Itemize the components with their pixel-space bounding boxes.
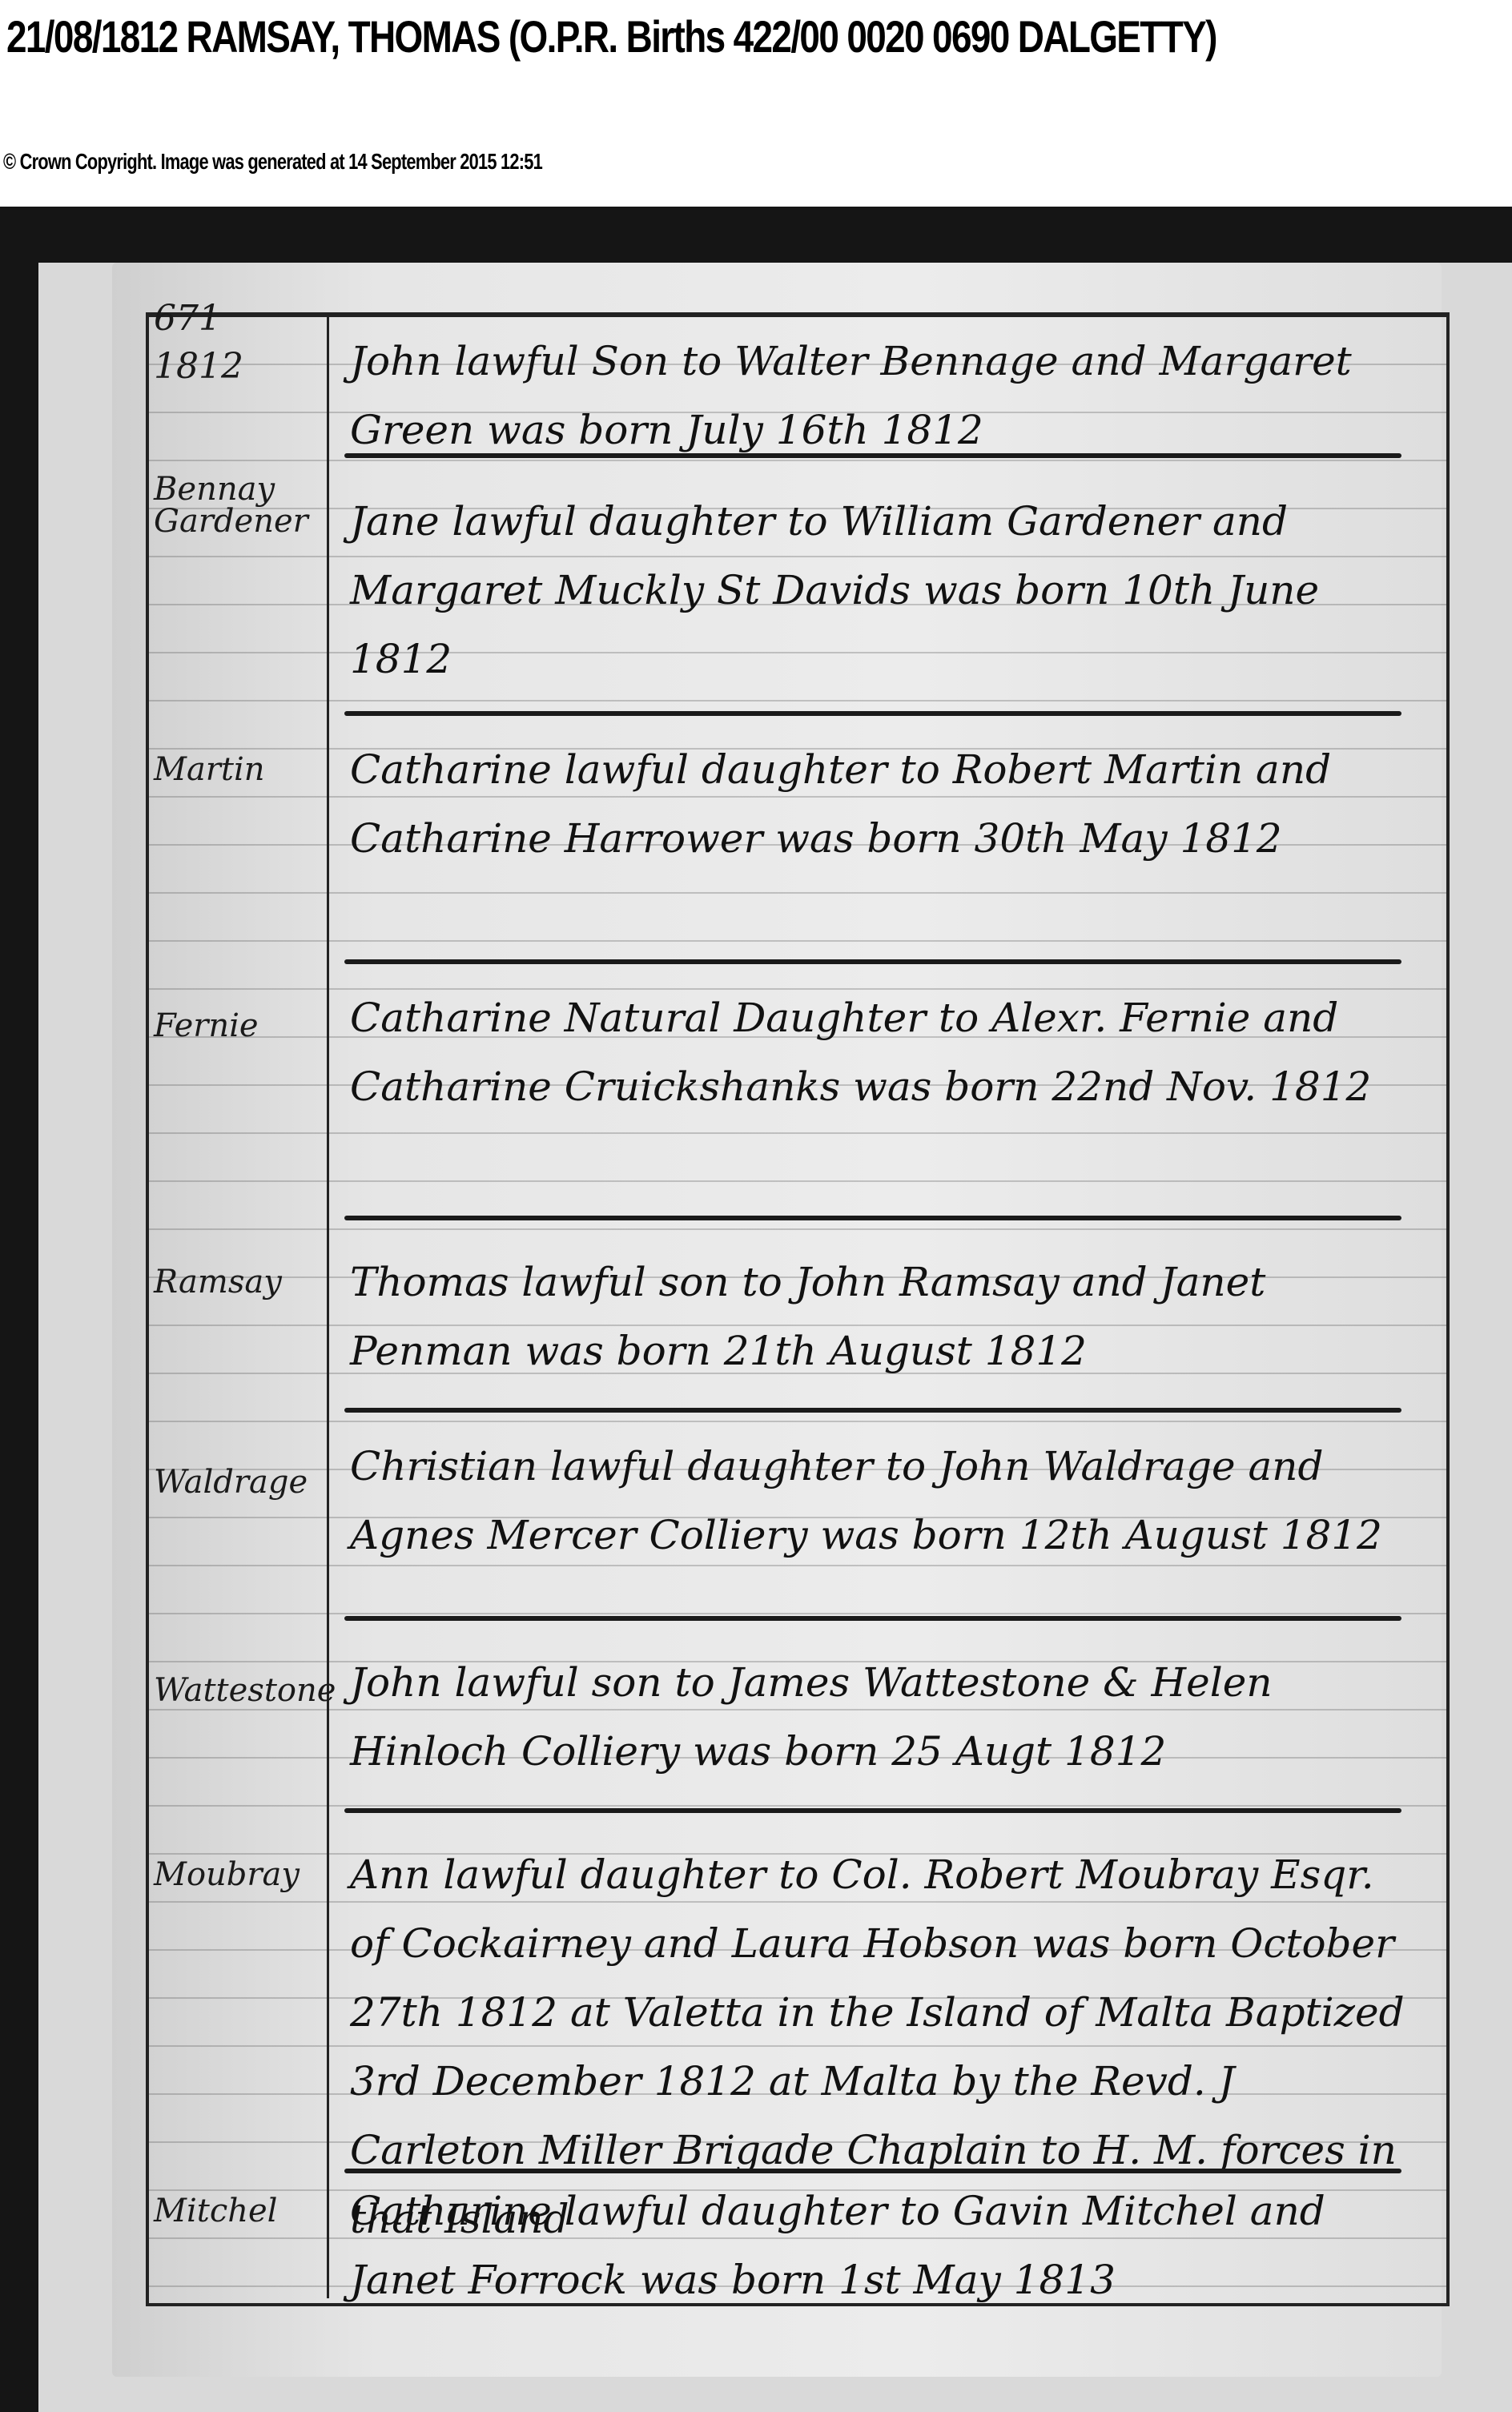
- entry-surname: Gardener: [154, 503, 322, 540]
- register-year: 1812: [154, 343, 314, 391]
- entry-text: John lawful son to James Wattestone & He…: [350, 1648, 1407, 1786]
- entry-divider: [344, 2169, 1401, 2173]
- entry-surname: Ramsay: [154, 1264, 322, 1300]
- entry-divider: [344, 453, 1401, 458]
- entry-surname: Fernie: [154, 1007, 322, 1044]
- entry-surname: Waldrage: [154, 1464, 322, 1501]
- entry-divider: [344, 711, 1401, 716]
- entry-divider: [344, 1216, 1401, 1220]
- scan-dark-border-top: [0, 207, 1512, 263]
- entry-surname: Martin: [154, 751, 322, 788]
- entry-surname: Mitchel: [154, 2193, 322, 2229]
- entry-text: Catharine lawful daughter to Robert Mart…: [350, 735, 1407, 873]
- entry-text: Catharine Natural Daughter to Alexr. Fer…: [350, 983, 1407, 1121]
- entry-surname: Wattestone: [154, 1672, 322, 1709]
- record-header: 21/08/1812 RAMSAY, THOMAS (O.P.R. Births…: [6, 6, 1368, 67]
- entry-text: Thomas lawful son to John Ramsay and Jan…: [350, 1248, 1407, 1385]
- entry-text: John lawful Son to Walter Bennage and Ma…: [350, 327, 1407, 464]
- entry-divider: [344, 1616, 1401, 1621]
- entry-text: Jane lawful daughter to William Gardener…: [350, 487, 1407, 693]
- register-scan-image: 671 1812 Bennay John lawful Son to Walte…: [0, 207, 1512, 2412]
- entry-text: Christian lawful daughter to John Waldra…: [350, 1432, 1407, 1570]
- copyright-notice: © Crown Copyright. Image was generated a…: [3, 149, 542, 175]
- entry-divider: [344, 1808, 1401, 1813]
- register-page: 671 1812 Bennay John lawful Son to Walte…: [112, 263, 1442, 2377]
- entry-surname: Moubray: [154, 1856, 322, 1893]
- entry-divider: [344, 959, 1401, 964]
- entry-text: Catharine lawful daughter to Gavin Mitch…: [350, 2177, 1407, 2314]
- scan-dark-border-left: [0, 207, 38, 2412]
- folio-number: 671: [154, 295, 314, 343]
- page-margin-number: 671 1812: [154, 295, 314, 391]
- entry-divider: [344, 1408, 1401, 1413]
- record-title: 21/08/1812 RAMSAY, THOMAS (O.P.R. Births…: [6, 6, 1320, 67]
